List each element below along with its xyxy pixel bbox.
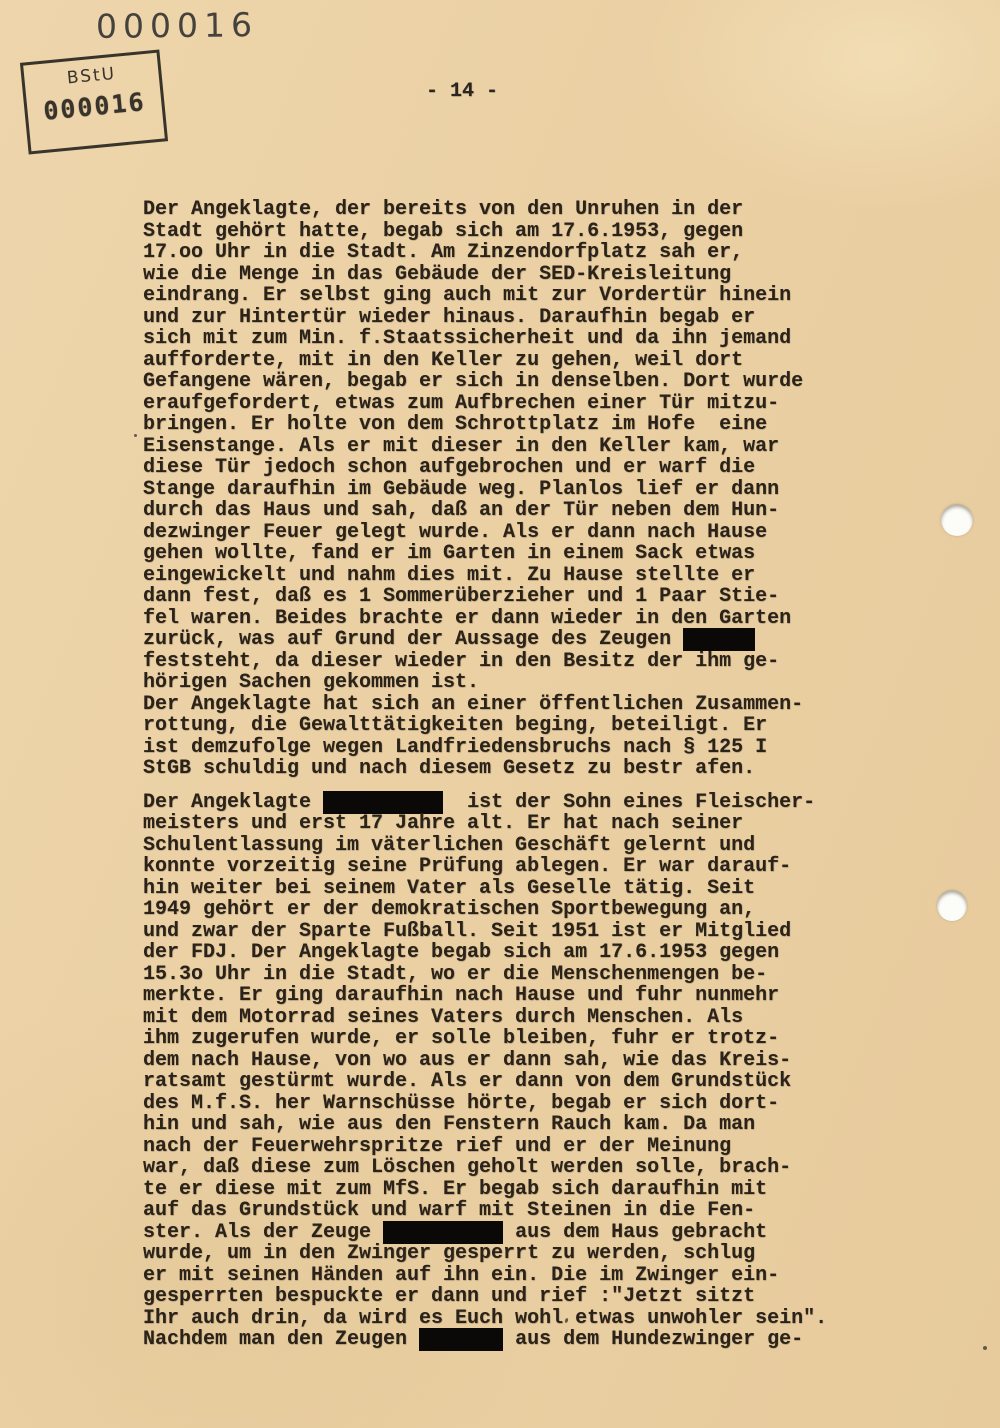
text-line: Der Angeklagte hat sich an einer öffentl… xyxy=(143,694,827,716)
text-line: aufforderte, mit in den Keller zu gehen,… xyxy=(143,350,827,372)
text-line: gehen wollte, fand er im Garten in einem… xyxy=(143,543,827,565)
text-line: Ihr auch drin, da wird es Euch wohl etwa… xyxy=(143,1308,827,1330)
text-line: 1949 gehört er der demokratischen Sportb… xyxy=(143,899,827,921)
text-line: dann fest, daß es 1 Sommerüberzieher und… xyxy=(143,586,827,608)
text-line: sich mit zum Min. f.Staatssicherheit und… xyxy=(143,328,827,350)
bstu-stamp: BStU 000016 xyxy=(20,50,168,155)
text-line: ihm zugerufen wurde, er solle bleiben, f… xyxy=(143,1028,827,1050)
text-line: und zur Hintertür wieder hinaus. Daraufh… xyxy=(143,307,827,329)
text-line: 15.3o Uhr in die Stadt, wo er die Mensch… xyxy=(143,964,827,986)
text-line: StGB schuldig und nach diesem Gesetz zu … xyxy=(143,758,827,780)
redaction-bar: ███████ xyxy=(419,1328,503,1351)
text-line: des M.f.S. her Warnschüsse hörte, begab … xyxy=(143,1093,827,1115)
text-line: feststeht, da dieser wieder in den Besit… xyxy=(143,651,827,673)
text-line: eingewickelt und nahm dies mit. Zu Hause… xyxy=(143,565,827,587)
text-line: gesperrten bespuckte er dann und rief :"… xyxy=(143,1286,827,1308)
text-line: Eisenstange. Als er mit dieser in den Ke… xyxy=(143,436,827,458)
text-line: Gefangene wären, begab er sich in densel… xyxy=(143,371,827,393)
text-line: fel waren. Beides brachte er dann wieder… xyxy=(143,608,827,630)
text-line: 17.oo Uhr in die Stadt. Am Zinzendorfpla… xyxy=(143,242,827,264)
text-line: und zwar der Sparte Fußball. Seit 1951 i… xyxy=(143,921,827,943)
redaction-bar: ██████ xyxy=(683,628,755,651)
text-line: mit dem Motorrad seines Vaters durch Men… xyxy=(143,1007,827,1029)
redaction-bar: ██████████ xyxy=(383,1221,503,1244)
redaction-bar: ██████████ xyxy=(323,791,443,814)
text-line: war, daß diese zum Löschen geholt werden… xyxy=(143,1157,827,1179)
text-line: Nachdem man den Zeugen ███████ aus dem H… xyxy=(143,1329,827,1351)
text-line: diese Tür jedoch schon aufgebrochen und … xyxy=(143,457,827,479)
text-line: ratsamt gestürmt wurde. Als er dann von … xyxy=(143,1071,827,1093)
text-line: eraufgefordert, etwas zum Aufbrechen ein… xyxy=(143,393,827,415)
paragraph: Der Angeklagte ██████████ ist der Sohn e… xyxy=(143,792,827,1351)
text-line: meisters und erst 17 Jahre alt. Er hat n… xyxy=(143,813,827,835)
text-line: er mit seinen Händen auf ihn ein. Die im… xyxy=(143,1265,827,1287)
document-body-text: Der Angeklagte, der bereits von den Unru… xyxy=(143,199,827,1351)
text-line: te er diese mit zum MfS. Er begab sich d… xyxy=(143,1179,827,1201)
text-line: dem nach Hause, von wo aus er dann sah, … xyxy=(143,1050,827,1072)
text-line: Schulentlassung im väterlichen Geschäft … xyxy=(143,835,827,857)
text-line: nach der Feuerwehrspritze rief und er de… xyxy=(143,1136,827,1158)
text-line: hin weiter bei seinem Vater als Geselle … xyxy=(143,878,827,900)
punch-hole-top xyxy=(941,504,973,536)
text-line: Stadt gehört hatte, begab sich am 17.6.1… xyxy=(143,221,827,243)
paragraph: Der Angeklagte, der bereits von den Unru… xyxy=(143,199,827,780)
text-line: ster. Als der Zeuge ██████████ aus dem H… xyxy=(143,1222,827,1244)
text-line: wie die Menge in das Gebäude der SED-Kre… xyxy=(143,264,827,286)
text-line: auf das Grundstück und warf mit Steinen … xyxy=(143,1200,827,1222)
text-line: konnte vorzeitig seine Prüfung ablegen. … xyxy=(143,856,827,878)
text-line: Der Angeklagte, der bereits von den Unru… xyxy=(143,199,827,221)
text-line: zurück, was auf Grund der Aussage des Ze… xyxy=(143,629,827,651)
text-line: dezwinger Feuer gelegt wurde. Als er dan… xyxy=(143,522,827,544)
text-line: wurde, um in den Zwinger gesperrt zu wer… xyxy=(143,1243,827,1265)
text-line: merkte. Er ging daraufhin nach Hause und… xyxy=(143,985,827,1007)
stamp-serial-number: 000016 xyxy=(26,86,162,128)
text-line: hörigen Sachen gekommen ist. xyxy=(143,672,827,694)
handwritten-serial-number: 000016 xyxy=(96,5,258,46)
text-line: durch das Haus und sah, daß an der Tür n… xyxy=(143,500,827,522)
text-line: der FDJ. Der Angeklagte begab sich am 17… xyxy=(143,942,827,964)
paper-speck xyxy=(134,434,137,437)
page-number: - 14 - xyxy=(426,80,498,103)
punch-hole-bottom xyxy=(937,890,967,921)
text-line: rottung, die Gewalttätigkeiten beging, b… xyxy=(143,715,827,737)
text-line: eindrang. Er selbst ging auch mit zur Vo… xyxy=(143,285,827,307)
text-line: bringen. Er holte von dem Schrottplatz i… xyxy=(143,414,827,436)
text-line: hin und sah, wie aus den Fenstern Rauch … xyxy=(143,1114,827,1136)
text-line: Der Angeklagte ██████████ ist der Sohn e… xyxy=(143,792,827,814)
text-line: ist demzufolge wegen Landfriedensbruchs … xyxy=(143,737,827,759)
text-line: Stange daraufhin im Gebäude weg. Planlos… xyxy=(143,479,827,501)
paper-speck xyxy=(983,1346,987,1350)
document-page: 000016 BStU 000016 - 14 - Der Angeklagte… xyxy=(0,0,1000,1428)
